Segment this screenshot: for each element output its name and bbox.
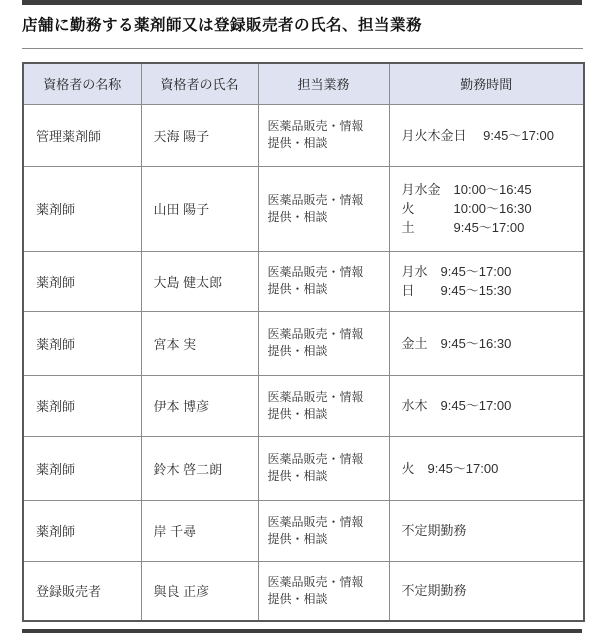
table-row: 薬剤師 伊本 博彦 医薬品販売・情報 提供・相談 水木 9:45～17:00	[23, 375, 584, 436]
staff-table: 資格者の名称 資格者の氏名 担当業務 勤務時間 管理薬剤師 天海 陽子 医薬品販…	[22, 62, 585, 622]
table-row: 薬剤師 大島 健太郎 医薬品販売・情報 提供・相談 月水 9:45～17:00 …	[23, 251, 584, 311]
table-row: 薬剤師 山田 陽子 医薬品販売・情報 提供・相談 月水金 10:00～16:45…	[23, 166, 584, 251]
cell-schedule: 不定期勤務	[389, 500, 584, 561]
cell-qualification: 薬剤師	[23, 436, 141, 500]
header-duty: 担当業務	[258, 63, 389, 104]
cell-duty: 医薬品販売・情報 提供・相談	[258, 561, 389, 621]
cell-duty: 医薬品販売・情報 提供・相談	[258, 436, 389, 500]
top-accent-bar	[22, 0, 582, 5]
table-row: 薬剤師 鈴木 啓二朗 医薬品販売・情報 提供・相談 火 9:45～17:00	[23, 436, 584, 500]
cell-qualification: 管理薬剤師	[23, 104, 141, 166]
bottom-accent-bar	[22, 629, 582, 633]
cell-schedule: 火 9:45～17:00	[389, 436, 584, 500]
title-divider	[22, 48, 583, 49]
cell-name: 伊本 博彦	[141, 375, 258, 436]
cell-schedule: 不定期勤務	[389, 561, 584, 621]
cell-duty: 医薬品販売・情報 提供・相談	[258, 104, 389, 166]
cell-schedule: 水木 9:45～17:00	[389, 375, 584, 436]
cell-qualification: 薬剤師	[23, 375, 141, 436]
cell-schedule: 金土 9:45～16:30	[389, 311, 584, 375]
cell-name: 天海 陽子	[141, 104, 258, 166]
cell-qualification: 薬剤師	[23, 500, 141, 561]
table-header-row: 資格者の名称 資格者の氏名 担当業務 勤務時間	[23, 63, 584, 104]
cell-duty: 医薬品販売・情報 提供・相談	[258, 166, 389, 251]
page: 店舗に勤務する薬剤師又は登録販売者の氏名、担当業務 資格者の名称 資格者の氏名 …	[0, 0, 607, 640]
cell-schedule: 月火木金日 9:45～17:00	[389, 104, 584, 166]
cell-schedule: 月水金 10:00～16:45 火 10:00～16:30 土 9:45～17:…	[389, 166, 584, 251]
cell-qualification: 薬剤師	[23, 166, 141, 251]
table-row: 薬剤師 岸 千尋 医薬品販売・情報 提供・相談 不定期勤務	[23, 500, 584, 561]
cell-duty: 医薬品販売・情報 提供・相談	[258, 500, 389, 561]
header-qualification: 資格者の名称	[23, 63, 141, 104]
cell-name: 山田 陽子	[141, 166, 258, 251]
cell-name: 鈴木 啓二朗	[141, 436, 258, 500]
cell-name: 宮本 実	[141, 311, 258, 375]
cell-duty: 医薬品販売・情報 提供・相談	[258, 251, 389, 311]
cell-duty: 医薬品販売・情報 提供・相談	[258, 311, 389, 375]
cell-name: 與良 正彦	[141, 561, 258, 621]
page-title: 店舗に勤務する薬剤師又は登録販売者の氏名、担当業務	[22, 15, 582, 37]
header-schedule: 勤務時間	[389, 63, 584, 104]
table-row: 管理薬剤師 天海 陽子 医薬品販売・情報 提供・相談 月火木金日 9:45～17…	[23, 104, 584, 166]
cell-schedule: 月水 9:45～17:00 日 9:45～15:30	[389, 251, 584, 311]
cell-name: 岸 千尋	[141, 500, 258, 561]
header-name: 資格者の氏名	[141, 63, 258, 104]
table-row: 薬剤師 宮本 実 医薬品販売・情報 提供・相談 金土 9:45～16:30	[23, 311, 584, 375]
cell-qualification: 薬剤師	[23, 251, 141, 311]
cell-name: 大島 健太郎	[141, 251, 258, 311]
cell-qualification: 登録販売者	[23, 561, 141, 621]
cell-qualification: 薬剤師	[23, 311, 141, 375]
cell-duty: 医薬品販売・情報 提供・相談	[258, 375, 389, 436]
table-row: 登録販売者 與良 正彦 医薬品販売・情報 提供・相談 不定期勤務	[23, 561, 584, 621]
